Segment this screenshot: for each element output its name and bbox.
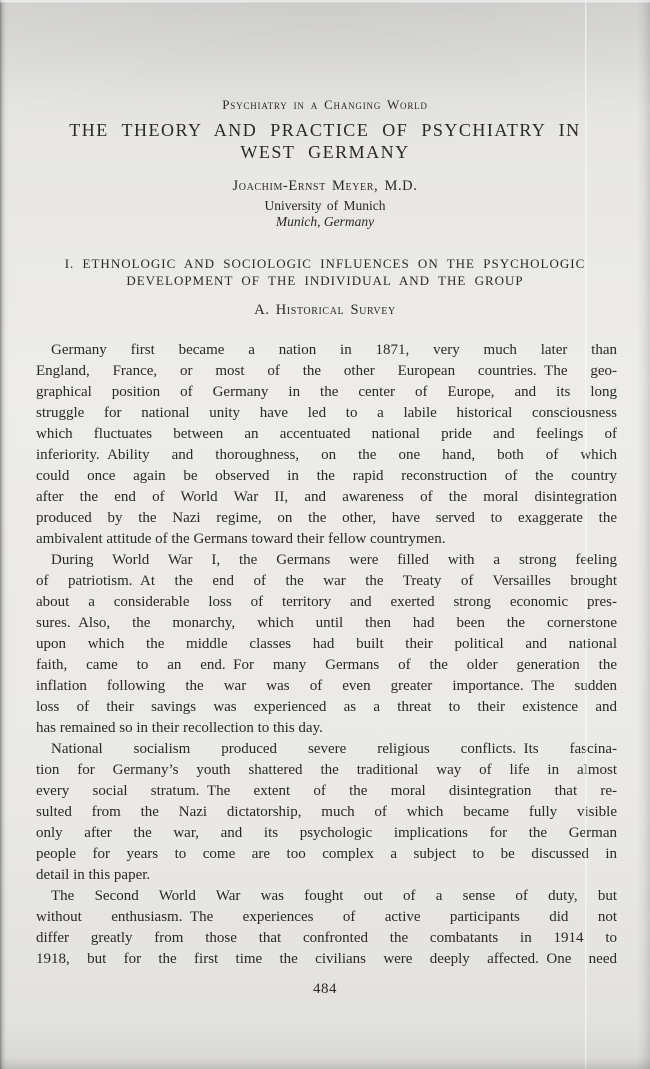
text-line: could once again be observed in the rapi… bbox=[36, 466, 617, 487]
text-line: upon which the middle classes had built … bbox=[36, 634, 617, 655]
article-title-line1: THE THEORY AND PRACTICE OF PSYCHIATRY IN bbox=[69, 120, 580, 140]
page-content: Psychiatry in a Changing World THE THEOR… bbox=[0, 0, 650, 1069]
running-head: Psychiatry in a Changing World bbox=[0, 97, 650, 112]
page-number: 484 bbox=[0, 980, 650, 998]
author-name: Joachim-Ernst Meyer, M.D. bbox=[0, 178, 650, 195]
article-title-line2: WEST GERMANY bbox=[240, 142, 409, 162]
text-line: people for years to come are too complex… bbox=[36, 844, 617, 865]
text-line: The Second World War was fought out of a… bbox=[36, 886, 617, 907]
subsection-heading: A. Historical Survey bbox=[0, 302, 650, 319]
section-heading-line2: DEVELOPMENT OF THE INDIVIDUAL AND THE GR… bbox=[126, 273, 523, 288]
text-line: every social stratum. The extent of the … bbox=[36, 781, 617, 802]
text-line: tion for Germany’s youth shattered the t… bbox=[36, 760, 617, 781]
text-line: of patriotism. At the end of the war the… bbox=[36, 571, 617, 592]
text-line: sulted from the Nazi dictatorship, much … bbox=[36, 802, 617, 823]
body-paragraph: The Second World War was fought out of a… bbox=[36, 886, 617, 970]
text-line: faith, came to an end. For many Germans … bbox=[36, 655, 617, 676]
text-line: National socialism produced severe relig… bbox=[36, 739, 617, 760]
text-line: ambivalent attitude of the Germans towar… bbox=[36, 529, 617, 550]
text-line: differ greatly from those that confronte… bbox=[36, 928, 617, 949]
text-line: inflation following the war was of even … bbox=[36, 676, 617, 697]
text-line: after the end of World War II, and aware… bbox=[36, 487, 617, 508]
text-line: 1918, but for the first time the civilia… bbox=[36, 949, 617, 970]
text-line: which fluctuates between an accentuated … bbox=[36, 424, 617, 445]
text-line: has remained so in their recollection to… bbox=[36, 718, 617, 739]
section-heading-line1: I. ETHNOLOGIC AND SOCIOLOGIC INFLUENCES … bbox=[65, 256, 586, 271]
text-line: sures. Also, the monarchy, which until t… bbox=[36, 613, 617, 634]
text-line: During World War I, the Germans were fil… bbox=[36, 550, 617, 571]
text-line: produced by the Nazi regime, on the othe… bbox=[36, 508, 617, 529]
text-line: detail in this paper. bbox=[36, 865, 617, 886]
text-line: about a considerable loss of territory a… bbox=[36, 592, 617, 613]
body-paragraph: Germany first became a nation in 1871, v… bbox=[36, 340, 617, 550]
text-line: inferiority. Ability and thoroughness, o… bbox=[36, 445, 617, 466]
author-affiliation: University of Munich bbox=[0, 198, 650, 214]
text-line: graphical position of Germany in the cen… bbox=[36, 382, 617, 403]
text-line: without enthusiasm. The experiences of a… bbox=[36, 907, 617, 928]
text-line: Germany first became a nation in 1871, v… bbox=[36, 340, 617, 361]
article-title: THE THEORY AND PRACTICE OF PSYCHIATRY IN… bbox=[0, 119, 650, 163]
body-paragraph: National socialism produced severe relig… bbox=[36, 739, 617, 886]
text-line: loss of their savings was experienced as… bbox=[36, 697, 617, 718]
section-heading: I. ETHNOLOGIC AND SOCIOLOGIC INFLUENCES … bbox=[0, 255, 650, 289]
text-line: England, France, or most of the other Eu… bbox=[36, 361, 617, 382]
author-location: Munich, Germany bbox=[0, 214, 650, 230]
body-paragraph: During World War I, the Germans were fil… bbox=[36, 550, 617, 739]
text-line: only after the war, and its psychologic … bbox=[36, 823, 617, 844]
text-line: struggle for national unity have led to … bbox=[36, 403, 617, 424]
body-text: Germany first became a nation in 1871, v… bbox=[36, 340, 617, 970]
scanned-page: Psychiatry in a Changing World THE THEOR… bbox=[0, 0, 650, 1069]
